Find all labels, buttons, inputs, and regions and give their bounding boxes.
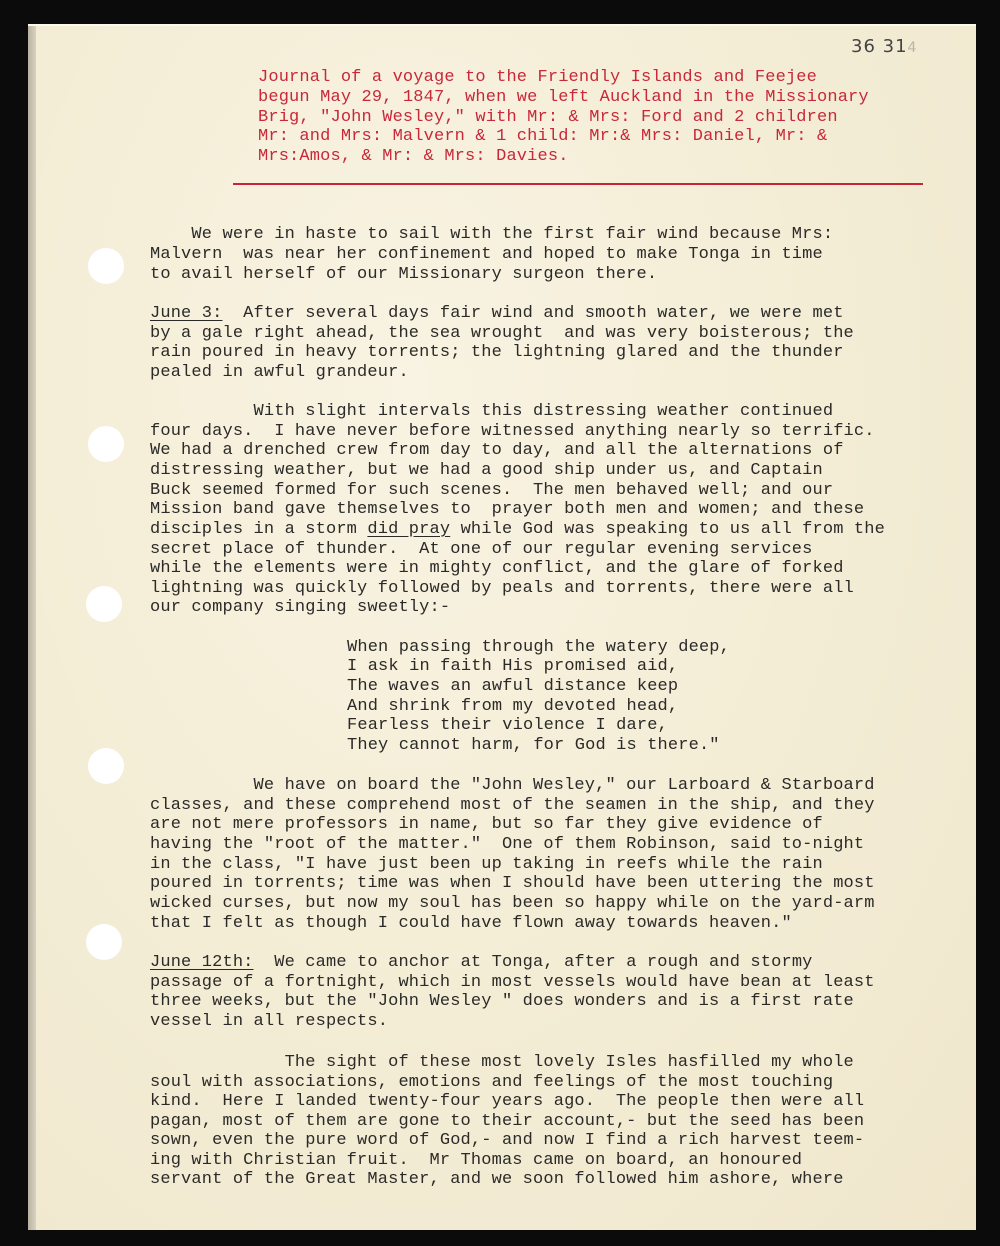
hymn-line: Fearless their violence I dare, <box>347 716 668 736</box>
reference-suffix: 4 <box>908 40 918 56</box>
heading-line: begun May 29, 1847, when we left Aucklan… <box>258 88 869 108</box>
typewritten-page: 36 314 <box>28 24 976 1230</box>
body-line: to avail herself of our Missionary surge… <box>150 265 657 285</box>
underlined-emphasis: did pray <box>367 520 450 539</box>
body-line: while the elements were in mighty confli… <box>150 559 844 579</box>
body-line: vessel in all respects. <box>150 1012 388 1032</box>
body-line: secret place of thunder. At one of our r… <box>150 540 813 560</box>
punch-hole <box>86 586 122 622</box>
body-line: ing with Christian fruit. Mr Thomas came… <box>150 1151 802 1171</box>
body-line: With slight intervals this distressing w… <box>150 402 833 422</box>
body-text: After several days fair wind and smooth … <box>222 304 843 323</box>
body-line: rain poured in heavy torrents; the light… <box>150 343 844 363</box>
dated-entry-line: June 3: After several days fair wind and… <box>150 304 844 324</box>
body-line: The sight of these most lovely Isles has… <box>150 1053 854 1073</box>
body-line: distressing weather, but we had a good s… <box>150 461 823 481</box>
body-text: while God was speaking to us all from th… <box>450 520 885 539</box>
dated-entry-line: June 12th: We came to anchor at Tonga, a… <box>150 953 813 973</box>
body-line: four days. I have never before witnessed… <box>150 422 875 442</box>
body-line: three weeks, but the "John Wesley " does… <box>150 992 854 1012</box>
body-line: in the class, "I have just been up takin… <box>150 855 823 875</box>
body-line: by a gale right ahead, the sea wrought a… <box>150 324 854 344</box>
body-text: We came to anchor at Tonga, after a roug… <box>254 953 813 972</box>
body-line: sown, even the pure word of God,- and no… <box>150 1131 864 1151</box>
body-line: We had a drenched crew from day to day, … <box>150 441 844 461</box>
body-line: We were in haste to sail with the first … <box>150 225 833 245</box>
body-line: kind. Here I landed twenty-four years ag… <box>150 1092 864 1112</box>
body-line: passage of a fortnight, which in most ve… <box>150 973 875 993</box>
body-line: Mission band gave themselves to prayer b… <box>150 500 864 520</box>
body-line: our company singing sweetly:- <box>150 598 450 618</box>
body-line: pagan, most of them are gone to their ac… <box>150 1112 864 1132</box>
body-line: pealed in awful grandeur. <box>150 363 409 383</box>
body-line: Buck seemed formed for such scenes. The … <box>150 481 833 501</box>
punch-hole <box>86 924 122 960</box>
hymn-line: They cannot harm, for God is there." <box>347 736 720 756</box>
date-label-june-3: June 3: <box>150 304 222 323</box>
body-line: having the "root of the matter." One of … <box>150 835 864 855</box>
body-line: poured in torrents; time was when I shou… <box>150 874 875 894</box>
reference-number: 36 31 <box>851 36 908 57</box>
body-line: classes, and these comprehend most of th… <box>150 796 875 816</box>
body-line: are not mere professors in name, but so … <box>150 815 823 835</box>
body-line: that I felt as though I could have flown… <box>150 914 792 934</box>
body-line: lightning was quickly followed by peals … <box>150 579 854 599</box>
body-line: soul with associations, emotions and fee… <box>150 1073 833 1093</box>
heading-line: Journal of a voyage to the Friendly Isla… <box>258 68 817 88</box>
punch-hole <box>88 248 124 284</box>
hymn-line: I ask in faith His promised aid, <box>347 657 678 677</box>
body-line: disciples in a storm did pray while God … <box>150 520 885 540</box>
date-label-june-12: June 12th: <box>150 953 254 972</box>
body-line: wicked curses, but now my soul has been … <box>150 894 875 914</box>
punch-hole <box>88 748 124 784</box>
heading-line: Mr: and Mrs: Malvern & 1 child: Mr:& Mrs… <box>258 127 827 147</box>
hymn-line: And shrink from my devoted head, <box>347 697 678 717</box>
page-edge-shadow <box>28 26 36 1230</box>
archive-reference-number: 36 314 <box>851 36 917 57</box>
body-line: servant of the Great Master, and we soon… <box>150 1170 844 1190</box>
body-line: We have on board the "John Wesley," our … <box>150 776 875 796</box>
heading-line: Brig, "John Wesley," with Mr: & Mrs: For… <box>258 108 838 128</box>
hymn-line: The waves an awful distance keep <box>347 677 678 697</box>
body-text: disciples in a storm <box>150 520 367 539</box>
body-line: Malvern was near her confinement and hop… <box>150 245 823 265</box>
hymn-line: When passing through the watery deep, <box>347 638 730 658</box>
heading-line: Mrs:Amos, & Mr: & Mrs: Davies. <box>258 147 569 167</box>
heading-divider <box>233 183 923 185</box>
punch-hole <box>88 426 124 462</box>
